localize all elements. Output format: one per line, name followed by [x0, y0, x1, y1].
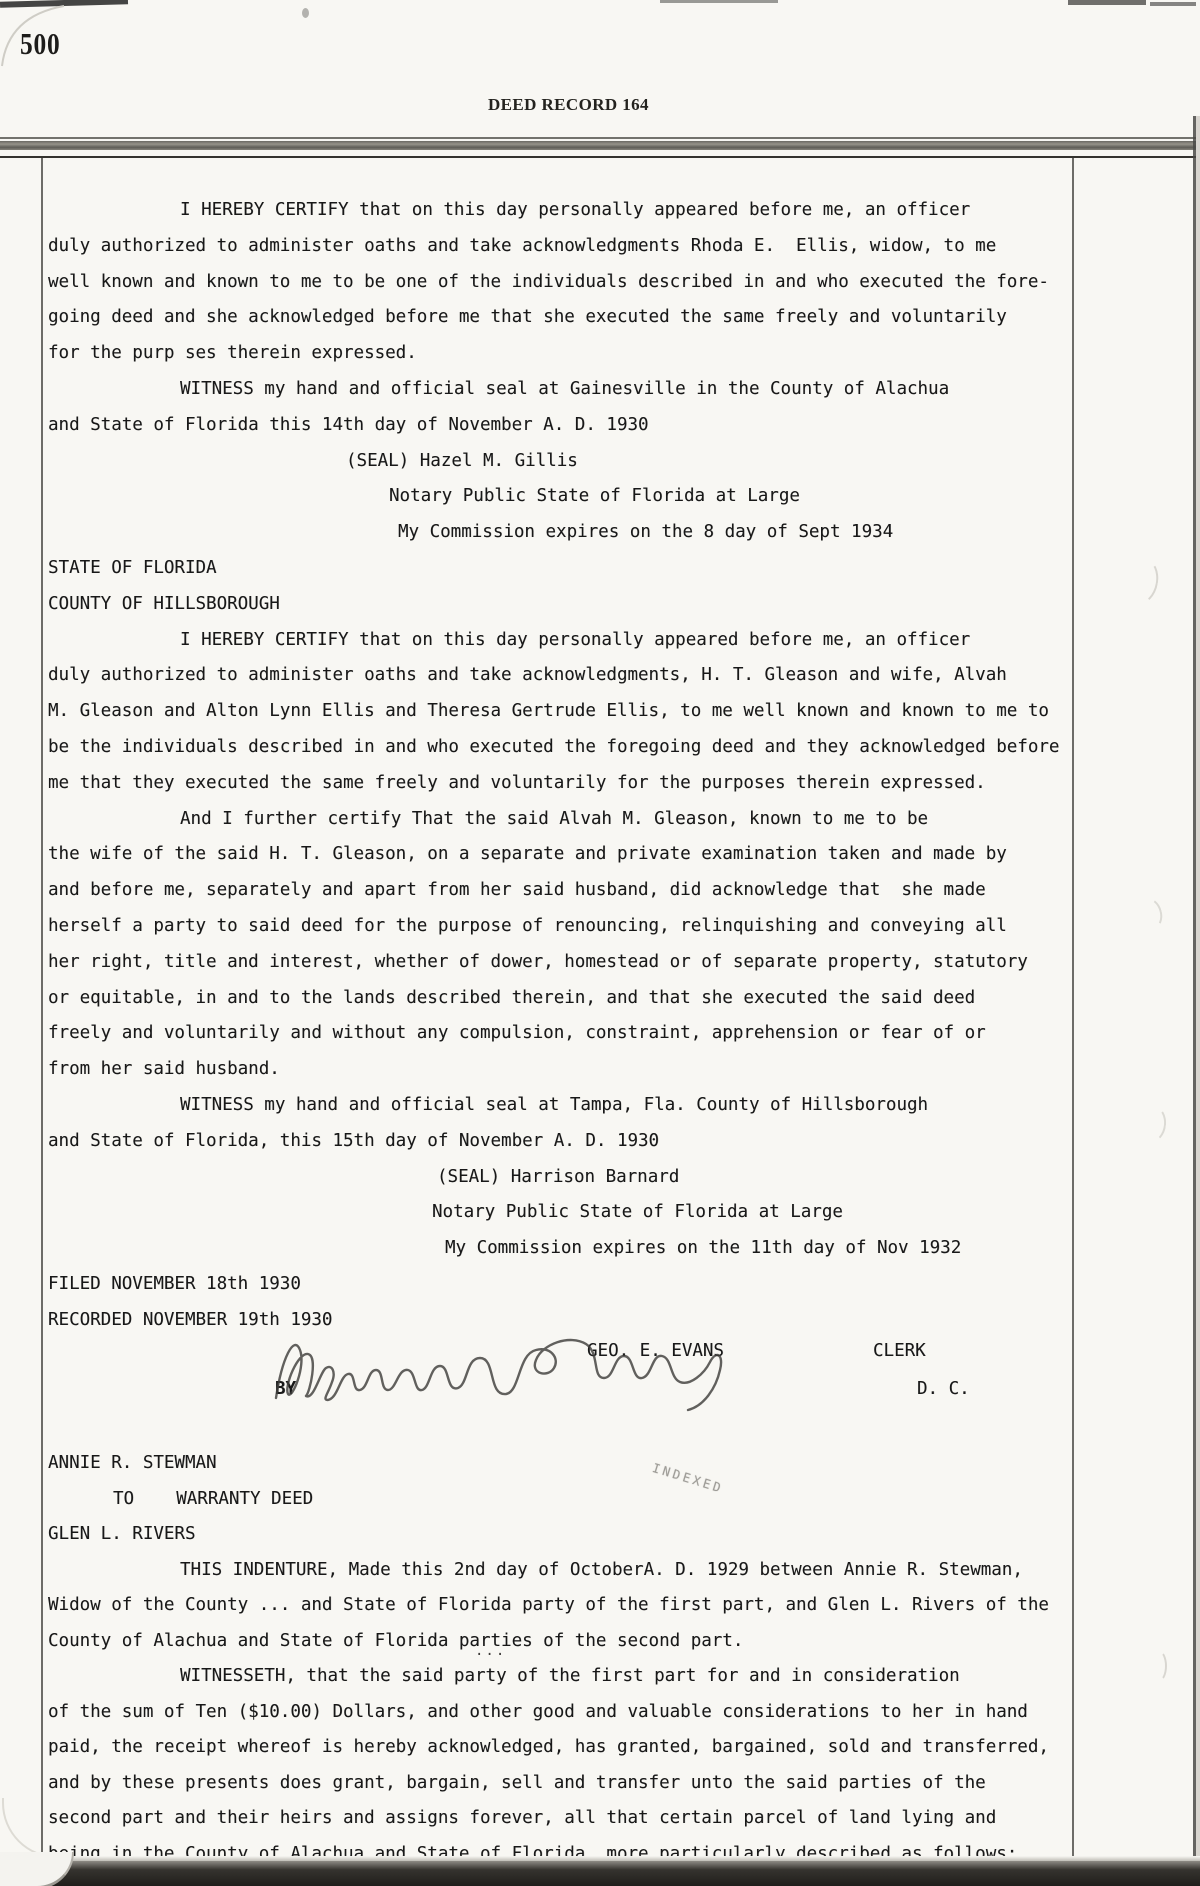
- deputy-clerk-signature: [268, 1324, 748, 1420]
- document-line: freely and voluntarily and without any c…: [48, 1016, 1200, 1052]
- document-line: ANNIE R. STEWMAN: [48, 1446, 1200, 1482]
- document-line: My Commission expires on the 11th day of…: [445, 1231, 1200, 1267]
- page-number: 500: [20, 26, 61, 62]
- document-line: And I further certify That the said Alva…: [180, 802, 1200, 838]
- page-header-title: DEED RECORD 164: [488, 95, 649, 115]
- scan-edge-artifact: [1150, 2, 1196, 6]
- document-line: (SEAL) Hazel M. Gillis: [346, 444, 1200, 480]
- scan-edge-artifact: [1068, 0, 1146, 5]
- document-line: me that they executed the same freely an…: [48, 766, 1200, 802]
- certificates-text-block: I HEREBY CERTIFY that on this day person…: [0, 193, 1200, 1339]
- deputy-clerk-abbrev: D. C.: [917, 1379, 970, 1399]
- document-line: duly authorized to administer oaths and …: [48, 229, 1200, 265]
- document-line: paid, the receipt whereof is hereby ackn…: [48, 1730, 1200, 1766]
- document-line: herself a party to said deed for the pur…: [48, 909, 1200, 945]
- scan-speck: [302, 8, 309, 18]
- overstrike-dots: ...: [475, 1643, 506, 1659]
- clerk-title: CLERK: [873, 1341, 926, 1361]
- document-line: STATE OF FLORIDA: [48, 551, 1200, 587]
- document-line: the wife of the said H. T. Gleason, on a…: [48, 837, 1200, 873]
- document-line: GLEN L. RIVERS: [48, 1517, 1200, 1553]
- document-line: or equitable, in and to the lands descri…: [48, 981, 1200, 1017]
- scan-edge-artifact: [660, 0, 778, 3]
- document-line: and before me, separately and apart from…: [48, 873, 1200, 909]
- document-line: her right, title and interest, whether o…: [48, 945, 1200, 981]
- horizontal-rule-band: [0, 141, 1200, 150]
- document-line: duly authorized to administer oaths and …: [48, 658, 1200, 694]
- document-line: My Commission expires on the 8 day of Se…: [398, 515, 1200, 551]
- document-line: and State of Florida, this 15th day of N…: [48, 1124, 1200, 1160]
- document-line: WITNESS my hand and official seal at Gai…: [180, 372, 1200, 408]
- document-line: of the sum of Ten ($10.00) Dollars, and …: [48, 1695, 1200, 1731]
- document-line: WITNESS my hand and official seal at Tam…: [180, 1088, 1200, 1124]
- document-line: (SEAL) Harrison Barnard: [437, 1160, 1200, 1196]
- document-line: and by these presents does grant, bargai…: [48, 1766, 1200, 1802]
- document-line: and State of Florida this 14th day of No…: [48, 408, 1200, 444]
- document-line: County of Alachua and State of Florida p…: [48, 1624, 1200, 1660]
- document-line: from her said husband.: [48, 1052, 1200, 1088]
- document-line: COUNTY OF HILLSBOROUGH: [48, 587, 1200, 623]
- document-line: going deed and she acknowledged before m…: [48, 300, 1200, 336]
- document-line: second part and their heirs and assigns …: [48, 1801, 1200, 1837]
- page-bottom-edge: [26, 1861, 1200, 1886]
- document-line: I HEREBY CERTIFY that on this day person…: [180, 193, 1200, 229]
- deed-record-page: 500 DEED RECORD 164 I HEREBY CERTIFY tha…: [0, 0, 1200, 1886]
- document-line: TO WARRANTY DEED: [113, 1482, 1200, 1518]
- document-line: WITNESSETH, that the said party of the f…: [180, 1659, 1200, 1695]
- document-line: for the purp ses therein expressed.: [48, 336, 1200, 372]
- document-line: well known and known to me to be one of …: [48, 265, 1200, 301]
- warranty-deed-text-block: ANNIE R. STEWMANTO WARRANTY DEEDGLEN L. …: [0, 1446, 1200, 1872]
- horizontal-rule-top: [0, 137, 1200, 139]
- document-line: M. Gleason and Alton Lynn Ellis and Ther…: [48, 694, 1200, 730]
- document-line: Notary Public State of Florida at Large: [389, 479, 1200, 515]
- document-line: I HEREBY CERTIFY that on this day person…: [180, 623, 1200, 659]
- document-line: Notary Public State of Florida at Large: [432, 1195, 1200, 1231]
- document-line: THIS INDENTURE, Made this 2nd day of Oct…: [180, 1553, 1200, 1589]
- document-line: FILED NOVEMBER 18th 1930: [48, 1267, 1200, 1303]
- document-line: be the individuals described in and who …: [48, 730, 1200, 766]
- document-line: Widow of the County ... and State of Flo…: [48, 1588, 1200, 1624]
- horizontal-rule-bottom: [0, 156, 1200, 158]
